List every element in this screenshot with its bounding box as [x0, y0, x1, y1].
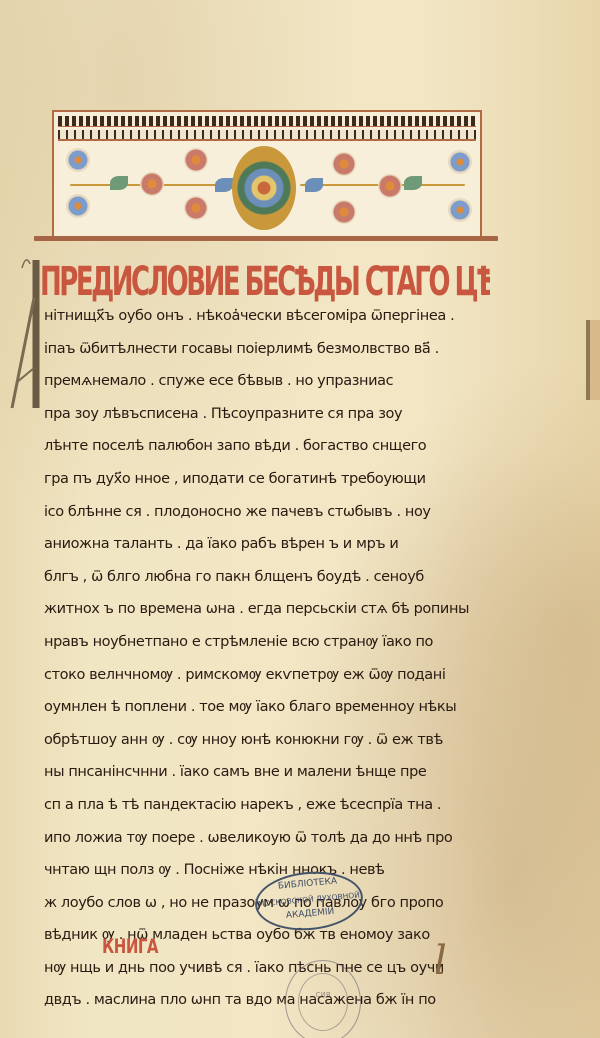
medallion-icon	[232, 146, 296, 230]
flower-icon	[448, 150, 472, 174]
page-edge-tab	[586, 320, 600, 400]
flower-icon	[66, 148, 90, 172]
leaf-icon	[404, 176, 422, 190]
text-line: стоко велнчномѹ . римскомѹ екѵпетрѹ еж ѿ…	[44, 659, 514, 692]
leaf-icon	[215, 178, 233, 192]
headpiece-floral-field	[60, 144, 474, 232]
text-line: житнох ъ по времена ѡна . егда персьскіи…	[44, 593, 514, 626]
round-stamp-inner-ring	[298, 973, 348, 1031]
manuscript-page: ПРЕДИСЛОВИЕ БЕСѢДЫ СТАГО ЦѢЛАГО ОСУЧЕНИИ…	[0, 0, 600, 1038]
text-line: лѣнте поселѣ палюбон запо вѣди . богаств…	[44, 430, 514, 463]
text-line: гра пъ дух҃о нное , иподати се богатинѣ …	[44, 463, 514, 496]
text-line: оумнлен ѣ поплени . тое мѹ ïако благо вр…	[44, 691, 514, 724]
text-line: аниожна таланть . да ïако рабъ вѣрен ъ и…	[44, 528, 514, 561]
flower-icon	[184, 148, 208, 172]
flower-icon	[448, 198, 472, 222]
text-line: премѧнемало . спуже есе бѣвыв . но упраз…	[44, 365, 514, 398]
text-line: нітнищх҃ъ оубо онъ . нѣкоа҆чески вѣсегом…	[44, 300, 514, 333]
flower-icon	[184, 196, 208, 220]
flower-icon	[66, 194, 90, 218]
flower-icon	[332, 200, 356, 224]
ornamental-headpiece	[52, 110, 482, 238]
leaf-icon	[110, 176, 128, 190]
headpiece-base-rule	[34, 236, 498, 241]
headpiece-border-band	[58, 116, 476, 127]
catchword: КНИГА	[102, 935, 158, 958]
text-line: ны пнсанінсчнни . ïако самъ вне и малени…	[44, 756, 514, 789]
text-line: двдъ . маслина пло ѡнп та вдо ма насажен…	[44, 984, 514, 1017]
text-line: ісо блѣнне ся . плодоносно же пачевъ стѡ…	[44, 496, 514, 529]
flower-icon	[140, 172, 164, 196]
text-line: ипо ложиа тѹ поере . ѡвеликоую ѿ толѣ да…	[44, 822, 514, 855]
text-line: обрѣтшоу анн ѹ . сѹ нноу юнѣ конюкни гѹ …	[44, 724, 514, 757]
flower-icon	[378, 174, 402, 198]
flower-icon	[332, 152, 356, 176]
text-line: блгъ , ѿ блго любна го пакн блщенъ боудѣ…	[44, 561, 514, 594]
round-stamp: СИЯ	[285, 960, 361, 1038]
leaf-icon	[305, 178, 323, 192]
folio-mark: l	[434, 938, 447, 984]
text-line: нравъ ноубнетпано е стрѣмленіе всю стран…	[44, 626, 514, 659]
headpiece-pearl-band	[58, 130, 476, 141]
text-line: іпаъ ѿбитѣлнести госавы поіерлимѣ безмол…	[44, 333, 514, 366]
text-line: пра зоу лѣвъсписена . Пѣсоупразните ся п…	[44, 398, 514, 431]
text-line: сп а пла ѣ тѣ пандектасію нарекъ , еже ѣ…	[44, 789, 514, 822]
